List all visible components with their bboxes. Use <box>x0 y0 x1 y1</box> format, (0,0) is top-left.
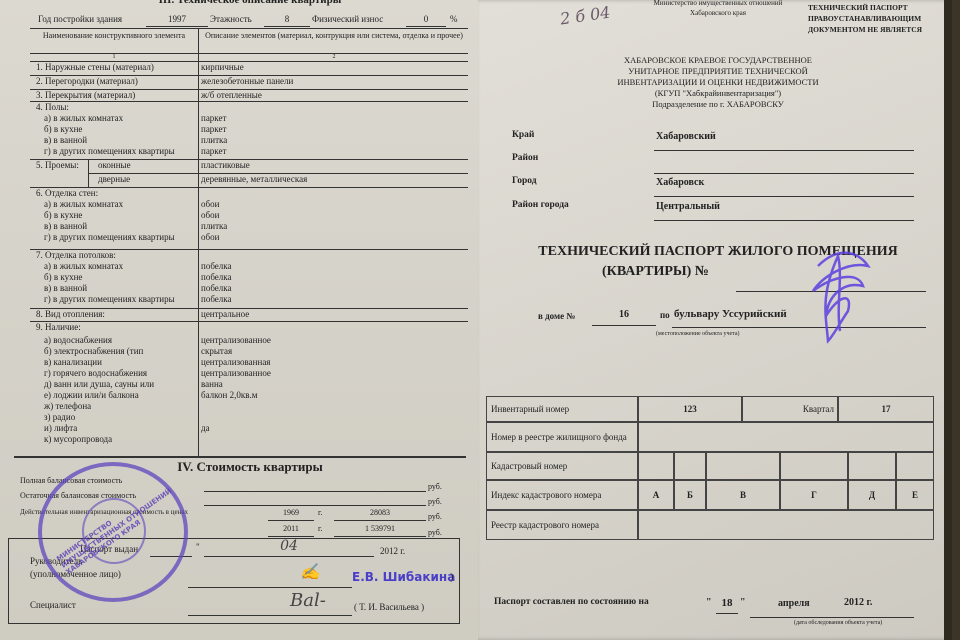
specialist-signature: Ваl- <box>290 590 326 611</box>
wear-value: 0 <box>406 14 446 24</box>
row-label: г) в других помещениях квартиры <box>44 146 175 156</box>
cost-rub-1: руб. <box>428 512 442 521</box>
cost-value-1: 28083 <box>334 508 426 517</box>
inventory-value: 123 <box>638 396 742 422</box>
row-label: 4. Полы: <box>36 102 69 112</box>
location-label: Край <box>512 130 534 140</box>
row-sublabel: оконные <box>98 160 131 170</box>
date-line <box>750 617 914 618</box>
cadastral-label: Кадастровый номер <box>486 452 638 480</box>
cost-value-2-line <box>334 536 426 537</box>
residual-cost-line <box>204 505 426 506</box>
cost-rub-2: руб. <box>428 528 442 537</box>
official-seal: МИНИСТЕРСТВО ИМУЩЕСТВЕННЫХ ОТНОШЕНИЙ ХАБ… <box>38 462 188 602</box>
cadastral-number-cell <box>706 452 780 480</box>
row-value: централизованная <box>201 357 270 367</box>
street-caption: (местоположение объекта учета) <box>656 331 740 337</box>
row-divider <box>30 101 468 102</box>
specialist-name: ( Т. И. Васильева ) <box>354 602 424 612</box>
org-line-1: ХАБАРОВСКОЕ КРАЕВОЕ ГОСУДАРСТВЕННОЕ <box>578 55 858 66</box>
row-label: б) в кухне <box>44 124 82 134</box>
inventory-label: Инвентарный номер <box>486 396 638 422</box>
full-cost-line <box>204 491 426 492</box>
row-value: централизованное <box>201 335 271 345</box>
cost-value-2: 1 539791 <box>334 524 426 533</box>
row-value: паркет <box>201 146 226 156</box>
row-value: побелка <box>201 272 232 282</box>
col2-header: Описание элементов (материал, контрукция… <box>200 31 468 41</box>
date-month: апреля <box>778 598 810 609</box>
org-line-3: ИНВЕНТАРИЗАЦИИ И ОЦЕНКИ НЕДВИЖИМОСТИ <box>578 77 858 88</box>
cost-year-1-unit: г. <box>318 508 322 517</box>
row-label: г) в других помещениях квартиры <box>44 232 175 242</box>
col2-number: 2 <box>200 54 468 60</box>
row-divider <box>30 321 468 322</box>
page-edge-shadow <box>944 0 952 640</box>
row-label: в) в ванной <box>44 283 87 293</box>
row-label: в) в ванной <box>44 135 87 145</box>
row-label: ж) телефона <box>44 401 91 411</box>
house-number-line <box>592 325 656 326</box>
cost-year-2: 2011 <box>268 524 314 533</box>
row-value: паркет <box>201 113 226 123</box>
cost-year-2-unit: г. <box>318 524 322 533</box>
section4-title: IV. Стоимость квартиры <box>150 459 350 475</box>
year-underline <box>146 26 208 27</box>
residual-cost-rub: руб. <box>428 497 442 506</box>
location-value: Хабаровский <box>656 131 716 142</box>
wear-underline <box>406 26 446 27</box>
row-label: а) в жилых комнатах <box>44 113 123 123</box>
quarter-label: Квартал <box>742 396 838 422</box>
issued-quote: " <box>196 542 200 552</box>
row-value: центральное <box>201 309 249 319</box>
row-value: паркет <box>201 124 226 134</box>
cost-year-1-line <box>268 520 314 521</box>
row-value: пластиковые <box>201 160 250 170</box>
row-label: в) в ванной <box>44 221 87 231</box>
row-label: б) в кухне <box>44 210 82 220</box>
row-label: 7. Отделка потолков: <box>36 250 116 260</box>
row-value: централизованное <box>201 368 271 378</box>
row-label: б) в кухне <box>44 272 82 282</box>
row-label: з) радио <box>44 412 75 422</box>
row-label: и) лифта <box>44 423 77 433</box>
location-underline <box>654 196 914 197</box>
row-label: г) горячего водоснабжения <box>44 368 147 378</box>
table-bottom-border <box>14 456 466 458</box>
location-label: Город <box>512 176 537 186</box>
location-value: Центральный <box>656 201 720 212</box>
head-signature: ✍ <box>300 562 320 581</box>
document-title-line-2: (КВАРТИРЫ) № <box>602 264 709 280</box>
date-open-quote: " <box>706 597 712 608</box>
cadastral-index-cell: Е <box>896 480 934 510</box>
cost-year-2-line <box>268 536 314 537</box>
street-prefix: по <box>660 310 670 320</box>
row-value: балкон 2,0кв.м <box>201 390 257 400</box>
head-signature-line <box>188 587 352 588</box>
row-label: б) электроснабжения (тип <box>44 346 143 356</box>
street-name: бульвару Уссурийский <box>674 308 787 320</box>
head-name-stamp: Е.В. Шибакина <box>352 570 455 584</box>
openings-subdivider <box>88 173 468 174</box>
row-value: плитка <box>201 221 227 231</box>
date-year: 2012 г. <box>844 597 872 608</box>
row-sublabel: дверные <box>98 174 130 184</box>
handwritten-note: 2 б 04 <box>559 3 612 29</box>
apartment-number-scribble <box>798 236 878 346</box>
row-value: ж/б отепленные <box>201 90 262 100</box>
cost-value-1-line <box>334 520 426 521</box>
row-value: обои <box>201 210 219 220</box>
col1-header: Наименование конструктивного элемента <box>32 31 196 41</box>
cadastral-number-cell <box>638 452 674 480</box>
org-line-4: (КГУП "Хабкрайинвентаризация") <box>578 88 858 99</box>
ministry-line-1: Министерство имущественных отношений <box>638 0 798 8</box>
date-day: 18 <box>716 597 738 609</box>
specialist-signature-line <box>188 615 352 616</box>
issued-month: 04 <box>204 538 374 554</box>
wear-unit: % <box>450 14 458 24</box>
row-label: 6. Отделка стен: <box>36 188 98 198</box>
housing-registry-value <box>638 422 934 452</box>
house-number: 16 <box>592 309 656 320</box>
row-label: 8. Вид отопления: <box>36 309 105 319</box>
floors-underline <box>264 26 310 27</box>
disclaimer-line-3: ДОКУМЕНТОМ НЕ ЯВЛЯЕТСЯ <box>808 24 922 35</box>
org-line-2: УНИТАРНОЕ ПРЕДПРИЯТИЕ ТЕХНИЧЕСКОЙ <box>578 66 858 77</box>
year-label: Год постройки здания <box>38 14 122 24</box>
row-label: 3. Перекрытия (материал) <box>36 90 135 100</box>
legal-disclaimer: ТЕХНИЧЕСКИЙ ПАСПОРТ ПРАВОУСТАНАВЛИВАЮЩИМ… <box>808 2 922 35</box>
cadastral-index-cell: Д <box>848 480 896 510</box>
row-label: 1. Наружные стены (материал) <box>36 62 154 72</box>
location-label: Район <box>512 153 538 163</box>
cadastral-number-cell <box>848 452 896 480</box>
date-caption: (дата обследования объекта учета) <box>794 620 882 626</box>
right-page: 2 б 04 Министерство имущественных отноше… <box>478 0 952 640</box>
row-value: побелка <box>201 283 232 293</box>
row-value: плитка <box>201 135 227 145</box>
row-value: обои <box>201 232 219 242</box>
housing-registry-label: Номер в реестре жилищного фонда <box>486 422 638 452</box>
ministry-line-2: Хабаровского края <box>638 8 798 18</box>
row-value: ванна <box>201 379 223 389</box>
location-underline <box>654 220 914 221</box>
row-value: железобетонные панели <box>201 76 293 86</box>
cadastral-index-cell: В <box>706 480 780 510</box>
row-value: деревянные, металлическая <box>201 174 307 184</box>
disclaimer-line-2: ПРАВОУСТАНАВЛИВАЮЩИМ <box>808 13 922 24</box>
row-value: побелка <box>201 261 232 271</box>
cadastral-index-cell: А <box>638 480 674 510</box>
row-label: 9. Наличие: <box>36 322 81 332</box>
head-name-close: ) <box>450 572 453 583</box>
compiled-date-label: Паспорт составлен по состоянию на <box>494 597 649 607</box>
organization-block: ХАБАРОВСКОЕ КРАЕВОЕ ГОСУДАРСТВЕННОЕ УНИТ… <box>578 55 858 110</box>
left-page: III. Техническое описание квартиры Год п… <box>0 0 478 640</box>
house-label: в доме № <box>538 311 575 321</box>
location-label: Район города <box>512 200 569 210</box>
row-label: к) мусоропровода <box>44 434 112 444</box>
row-label: а) в жилых комнатах <box>44 261 123 271</box>
row-value: да <box>201 423 210 433</box>
cadastral-number-cell <box>896 452 934 480</box>
col1-number: 1 <box>32 54 196 60</box>
row-label: 5. Проемы: <box>36 160 79 170</box>
full-cost-rub: руб. <box>428 482 442 491</box>
ministry-header: Министерство имущественных отношений Хаб… <box>638 0 798 18</box>
section3-title: III. Техническое описание квартиры <box>100 0 400 6</box>
quarter-value: 17 <box>838 396 934 422</box>
year-value: 1997 <box>146 14 208 24</box>
row-label: д) ванн или душа, сауны или <box>44 379 154 389</box>
row-value: обои <box>201 199 219 209</box>
row-label: а) в жилых комнатах <box>44 199 123 209</box>
table-top-border <box>30 28 468 29</box>
cadastral-number-cell <box>780 452 848 480</box>
date-day-line <box>716 613 738 614</box>
specialist-label: Специалист <box>30 600 76 610</box>
issued-month-line <box>204 556 374 557</box>
org-line-5: Подразделение по г. ХАБАРОВСКУ <box>578 99 858 110</box>
cadastral-index-label: Индекс кадастрового номера <box>486 480 638 510</box>
cadastral-registry-label: Реестр кадастрового номера <box>486 510 638 540</box>
cadastral-index-cell: Г <box>780 480 848 510</box>
row-value: кирпичные <box>201 62 244 72</box>
floors-label: Этажность <box>210 14 252 24</box>
row-label: а) водоснабжения <box>44 335 112 345</box>
floors-value: 8 <box>264 14 310 24</box>
disclaimer-line-1: ТЕХНИЧЕСКИЙ ПАСПОРТ <box>808 2 922 13</box>
cadastral-number-cell <box>674 452 706 480</box>
location-value: Хабаровск <box>656 177 704 188</box>
wear-label: Физический износ <box>312 14 383 24</box>
table-column-divider <box>198 28 199 456</box>
cost-year-1: 1969 <box>268 508 314 517</box>
row-label: в) канализации <box>44 357 102 367</box>
row-value: побелка <box>201 294 232 304</box>
row-value: скрытая <box>201 346 232 356</box>
row-label: е) лоджии или/и балкона <box>44 390 139 400</box>
cadastral-index-cell: Б <box>674 480 706 510</box>
issued-year: 2012 г. <box>380 546 405 556</box>
cadastral-registry-value <box>638 510 934 540</box>
location-underline <box>654 150 914 151</box>
location-underline <box>654 173 914 174</box>
row-label: 2. Перегородки (материал) <box>36 76 138 86</box>
date-close-quote: " <box>740 597 746 608</box>
row-label: г) в других помещениях квартиры <box>44 294 175 304</box>
